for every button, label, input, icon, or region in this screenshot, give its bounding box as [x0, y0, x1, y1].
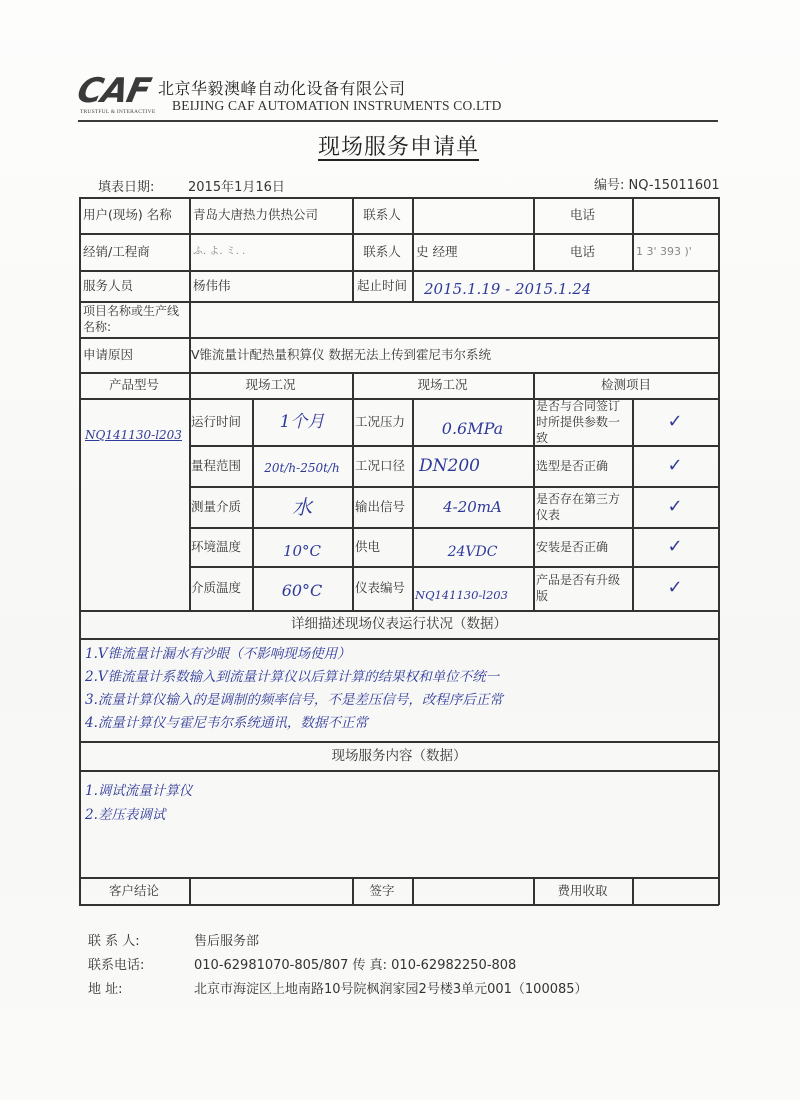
footer-contact-label: 联 系 人:	[88, 930, 140, 949]
user-name-label: 用户(现场) 名称	[83, 197, 189, 233]
condition-value[interactable]: 24VDC	[412, 532, 533, 571]
fill-date-label: 填表日期:	[98, 176, 154, 195]
inspection-item: 是否与合同签订时所提供参数一致	[536, 398, 631, 445]
inspection-item: 是否存在第三方仪表	[536, 486, 631, 527]
footer-contact-value: 售后服务部	[194, 930, 259, 949]
form-title: 现场服务申请单	[318, 130, 479, 161]
dealer-label: 经销/工程商	[83, 233, 189, 270]
period-value[interactable]: 2015.1.19 - 2015.1.24	[424, 273, 714, 304]
col-divider	[632, 877, 634, 905]
reason-value[interactable]: V锥流量计配热量积算仪 数据无法上传到霍尼韦尔系统	[191, 337, 711, 372]
condition-label: 环境温度	[191, 527, 251, 566]
condition-label: 工况口径	[355, 445, 412, 486]
col-divider	[533, 372, 535, 610]
checkmark-icon[interactable]: ✓	[632, 445, 718, 486]
condition-label: 运行时间	[191, 398, 251, 445]
service-section-header: 现场服务内容（数据）	[79, 741, 719, 770]
footer-phone-label: 联系电话:	[88, 954, 144, 973]
user-name-value[interactable]: 青岛大唐热力供热公司	[193, 197, 351, 233]
col-divider	[632, 197, 634, 270]
footer-phone-value: 010-62981070-805/807 传 真: 010-62982250-8…	[194, 954, 516, 973]
condition-label: 量程范围	[191, 445, 251, 486]
table-border-right	[718, 197, 720, 905]
service-staff-label: 服务人员	[83, 270, 189, 301]
detail-description[interactable]: 1.V锥流量计漏水有沙眼（不影响现场使用） 2.V锥流量计系数输入到流量计算仪以…	[85, 643, 715, 739]
footer-address-label: 地 址:	[88, 978, 123, 997]
fee-label: 费用收取	[533, 877, 632, 905]
detail-section-header: 详细描述现场仪表运行状况（数据）	[79, 610, 719, 638]
project-name-label: 项目名称或生产线名称:	[83, 301, 187, 337]
reason-label: 申请原因	[83, 337, 189, 372]
company-name-en: BEIJING CAF AUTOMATION INSTRUMENTS CO.LT…	[172, 98, 502, 114]
condition-value[interactable]: 水	[252, 486, 352, 527]
signature-label: 签字	[352, 877, 412, 905]
condition-label: 测量介质	[191, 486, 251, 527]
col-divider	[189, 197, 191, 301]
logo-text: CAF	[74, 74, 153, 108]
condition-value[interactable]: DN200	[419, 445, 533, 486]
col-divider	[412, 877, 414, 905]
checkmark-icon[interactable]: ✓	[632, 486, 718, 527]
service-line: 2.差压表调试	[85, 803, 715, 827]
col-divider	[352, 372, 354, 610]
condition-label: 介质温度	[191, 566, 251, 610]
customer-conclusion-label: 客户结论	[79, 877, 189, 905]
service-line: 1.调试流量计算仪	[85, 779, 715, 803]
conditions-header-1: 现场工况	[189, 372, 352, 398]
product-model-value[interactable]: NQ141130-l203	[85, 423, 197, 447]
inspection-item: 选型是否正确	[536, 445, 631, 486]
col-divider	[189, 877, 191, 905]
form-table: 用户(现场) 名称 青岛大唐热力供热公司 联系人 电话 经销/工程商 ふ. よ.…	[79, 197, 719, 905]
company-name-cn: 北京华毅澳峰自动化设备有限公司	[158, 76, 406, 99]
checkmark-icon[interactable]: ✓	[632, 398, 718, 445]
service-request-form: CAF TRUSTFUL & INTERACTIVE 北京华毅澳峰自动化设备有限…	[0, 0, 800, 1100]
col-divider	[412, 197, 414, 301]
condition-label: 工况压力	[355, 398, 412, 445]
inspection-header: 检测项目	[533, 372, 719, 398]
document-number: 编号: NQ-15011601	[594, 174, 720, 193]
phone-value[interactable]	[636, 197, 716, 233]
dealer-contact-value[interactable]: 史 经理	[416, 233, 532, 270]
dealer-contact-label: 联系人	[352, 233, 412, 270]
contact-label: 联系人	[352, 197, 412, 233]
fee-value[interactable]	[636, 877, 716, 905]
condition-label: 仪表编号	[355, 566, 412, 610]
signature-value[interactable]	[416, 877, 532, 905]
dealer-phone-value[interactable]: 1 3' 393 )'	[636, 233, 716, 270]
service-content[interactable]: 1.调试流量计算仪 2.差压表调试	[85, 779, 715, 869]
condition-value[interactable]: 1个月	[252, 398, 352, 445]
checkmark-icon[interactable]: ✓	[632, 527, 718, 566]
fill-date-value: 2015年1月16日	[188, 176, 285, 195]
condition-value[interactable]: 20t/h-250t/h	[252, 447, 352, 488]
footer-address-value: 北京市海淀区上地南路10号院枫润家园2号楼3单元001（100085）	[194, 978, 588, 997]
row-divider	[79, 638, 719, 640]
inspection-item: 产品是否有升级版	[536, 566, 631, 610]
service-staff-value[interactable]: 杨伟伟	[193, 270, 351, 301]
customer-conclusion-value[interactable]	[193, 877, 351, 905]
conditions-header-2: 现场工况	[352, 372, 533, 398]
condition-label: 输出信号	[355, 486, 412, 527]
inspection-item: 安装是否正确	[536, 527, 631, 566]
checkmark-icon[interactable]: ✓	[632, 566, 718, 610]
header-divider	[78, 120, 718, 122]
detail-line: 1.V锥流量计漏水有沙眼（不影响现场使用）	[85, 643, 715, 666]
condition-label: 供电	[355, 527, 412, 566]
detail-line: 4.流量计算仪与霍尼韦尔系统通讯，数据不正常	[85, 712, 715, 735]
model-header: 产品型号	[79, 372, 189, 398]
caf-logo: CAF TRUSTFUL & INTERACTIVE	[78, 74, 158, 118]
condition-value[interactable]: 4-20mA	[412, 486, 533, 527]
condition-value[interactable]: 60°C	[252, 569, 352, 613]
project-name-value[interactable]	[193, 301, 713, 337]
condition-value[interactable]: 10°C	[252, 531, 352, 570]
dealer-phone-label: 电话	[533, 233, 632, 270]
table-border-left	[79, 197, 81, 905]
dealer-value[interactable]: ふ. よ. ミ. .	[193, 233, 351, 270]
detail-line: 2.V锥流量计系数输入到流量计算仪以后算计算的结果权和单位不统一	[85, 666, 715, 689]
detail-line: 3.流量计算仪输入的是调制的频率信号，不是差压信号，改程序后正常	[85, 689, 715, 712]
row-divider	[79, 770, 719, 772]
period-label: 起止时间	[352, 270, 412, 301]
row-divider	[79, 398, 189, 400]
logo-tagline: TRUSTFUL & INTERACTIVE	[80, 109, 155, 115]
contact-value[interactable]	[416, 197, 532, 233]
phone-label: 电话	[533, 197, 632, 233]
